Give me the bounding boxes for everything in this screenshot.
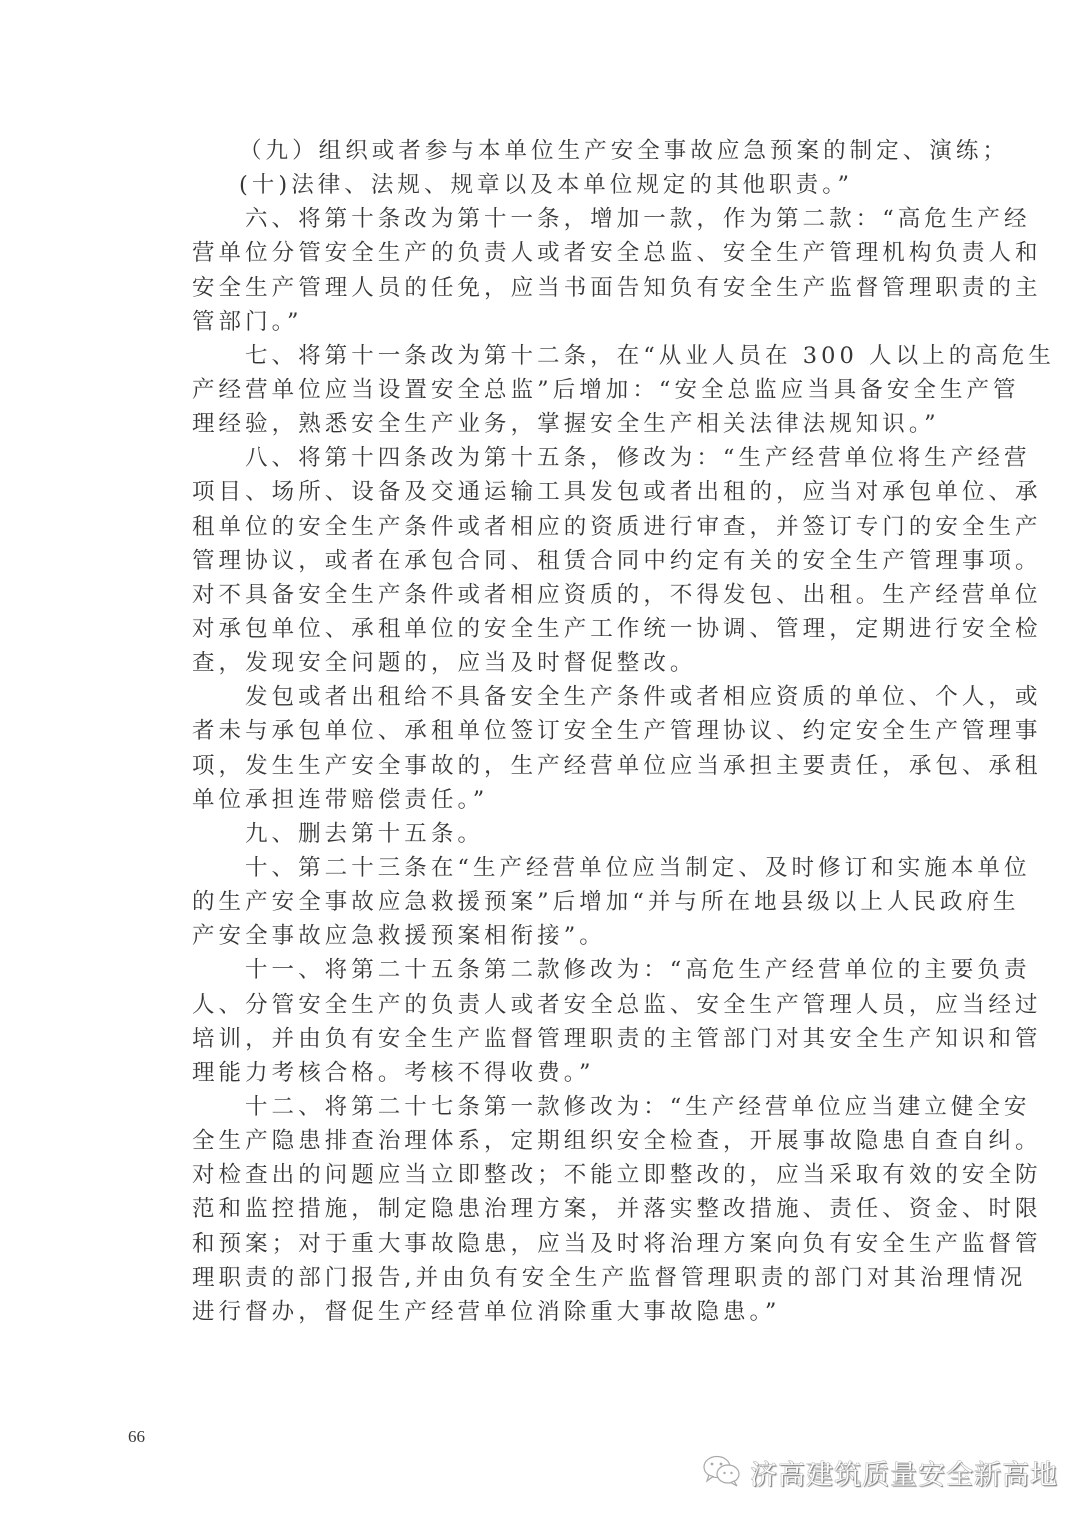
text-line: 项，发生生产安全事故的，生产经营单位应当承担主要责任，承包、承租 [192,749,888,783]
text-line: （九）组织或者参与本单位生产安全事故应急预案的制定、演练； [192,134,888,168]
text-line: 安全生产管理人员的任免，应当书面告知负有安全生产监督管理职责的主 [192,271,888,305]
text-line: 管部门。” [192,305,888,339]
text-line: 理经验，熟悉安全生产业务，掌握安全生产相关法律法规知识。” [192,407,888,441]
text-line: 的生产安全事故应急救援预案”后增加“并与所在地县级以上人民政府生 [192,885,888,919]
text-line: 人、分管安全生产的负责人或者安全总监、安全生产管理人员，应当经过 [192,988,888,1022]
text-line: 对承包单位、承租单位的安全生产工作统一协调、管理，定期进行安全检 [192,612,888,646]
document-body: （九）组织或者参与本单位生产安全事故应急预案的制定、演练；(十)法律、法规、规章… [192,134,888,1329]
watermark: 济高建筑质量安全新高地 [702,1452,1058,1492]
text-line: 者未与承包单位、承租单位签订安全生产管理协议、约定安全生产管理事 [192,714,888,748]
text-line: 进行督办，督促生产经营单位消除重大事故隐患。” [192,1295,888,1329]
text-line: 营单位分管安全生产的负责人或者安全总监、安全生产管理机构负责人和 [192,236,888,270]
text-line: 十、第二十三条在“生产经营单位应当制定、及时修订和实施本单位 [192,851,888,885]
text-line: 理职责的部门报告,并由负有安全生产监督管理职责的部门对其治理情况 [192,1261,888,1295]
text-line: 对不具备安全生产条件或者相应资质的，不得发包、出租。生产经营单位 [192,578,888,612]
text-line: 管理协议，或者在承包合同、租赁合同中约定有关的安全生产管理事项。 [192,544,888,578]
watermark-text: 济高建筑质量安全新高地 [750,1453,1058,1492]
text-line: 产经营单位应当设置安全总监”后增加：“安全总监应当具备安全生产管 [192,373,888,407]
text-line: 查，发现安全问题的，应当及时督促整改。 [192,646,888,680]
text-line: 六、将第十条改为第十一条，增加一款，作为第二款：“高危生产经 [192,202,888,236]
text-line: 单位承担连带赔偿责任。” [192,783,888,817]
text-line: 理能力考核合格。考核不得收费。” [192,1056,888,1090]
text-line: 八、将第十四条改为第十五条，修改为：“生产经营单位将生产经营 [192,441,888,475]
text-line: 范和监控措施，制定隐患治理方案，并落实整改措施、责任、资金、时限 [192,1192,888,1226]
text-line: 七、将第十一条改为第十二条，在“从业人员在 300 人以上的高危生 [192,339,888,373]
text-line: 租单位的安全生产条件或者相应的资质进行审查，并签订专门的安全生产 [192,510,888,544]
text-line: 十一、将第二十五条第二款修改为：“高危生产经营单位的主要负责 [192,953,888,987]
page-number: 66 [128,1427,145,1447]
document-page: （九）组织或者参与本单位生产安全事故应急预案的制定、演练；(十)法律、法规、规章… [0,0,1080,1527]
text-line: 全生产隐患排查治理体系，定期组织安全检查，开展事故隐患自查自纠。 [192,1124,888,1158]
text-line: 产安全事故应急救援预案相衔接”。 [192,919,888,953]
text-line: 对检查出的问题应当立即整改；不能立即整改的，应当采取有效的安全防 [192,1158,888,1192]
text-line: (十)法律、法规、规章以及本单位规定的其他职责。” [192,168,888,202]
text-line: 和预案；对于重大事故隐患，应当及时将治理方案向负有安全生产监督管 [192,1227,888,1261]
wechat-icon [702,1454,744,1490]
text-line: 十二、将第二十七条第一款修改为：“生产经营单位应当建立健全安 [192,1090,888,1124]
text-line: 项目、场所、设备及交通运输工具发包或者出租的，应当对承包单位、承 [192,475,888,509]
text-line: 发包或者出租给不具备安全生产条件或者相应资质的单位、个人，或 [192,680,888,714]
text-line: 培训，并由负有安全生产监督管理职责的主管部门对其安全生产知识和管 [192,1022,888,1056]
text-line: 九、删去第十五条。 [192,817,888,851]
